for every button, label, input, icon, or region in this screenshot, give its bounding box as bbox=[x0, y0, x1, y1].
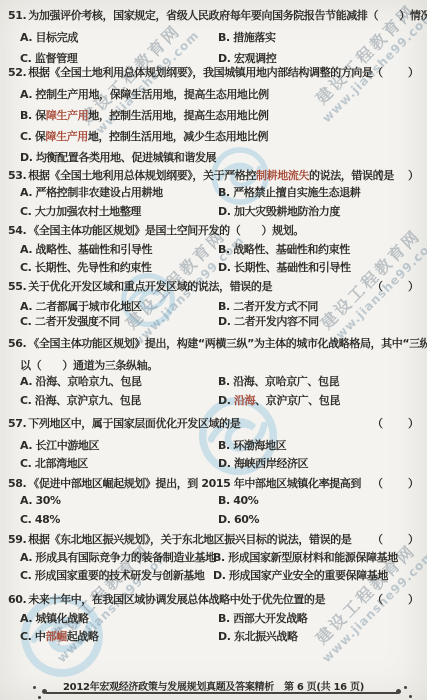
footer-rule-dot bbox=[396, 689, 401, 694]
option-D: D. 海峡西岸经济区 bbox=[218, 457, 308, 471]
option-C: C. 北部湾地区 bbox=[20, 457, 88, 471]
option-D: D. 东北振兴战略 bbox=[218, 630, 298, 644]
footer-rule-dot bbox=[404, 686, 407, 689]
question-number: 58. bbox=[8, 477, 26, 490]
red-tinted-text: 障生产用 bbox=[46, 130, 88, 143]
question-stem-text: 关于优化开发区域和重点开发区域的说法，错误的是 bbox=[28, 280, 272, 293]
question-51-stem: 51.为加强评价考核，国家规定，省级人民政府每年要向国务院报告节能减排（ ）情况… bbox=[8, 9, 427, 23]
question-number: 52. bbox=[8, 66, 26, 79]
option-label: C. bbox=[20, 457, 35, 470]
option-text: 沿海、京沪京广、包昆 bbox=[234, 394, 340, 407]
question-56-stem: 56.《全国主体功能区规划》提出，构建“两横三纵”为主体的城市化战略格局，其中“… bbox=[8, 337, 427, 351]
option-D: D. 宏观调控 bbox=[218, 52, 276, 66]
option-text: 环渤海地区 bbox=[233, 439, 286, 452]
question-stem-text: 《全国主体功能区规划》提出，构建“两横三纵”为主体的城市化战略格局，其中“三纵”… bbox=[28, 337, 427, 350]
option-A: A. 二者都属于城市化地区 bbox=[20, 300, 142, 314]
option-B: B. 保障生产用地，控制生活用地，提高生态用地比例 bbox=[20, 109, 268, 123]
option-text: 保障生产用地，控制生活用地，提高生态用地比例 bbox=[35, 109, 268, 122]
option-text: 长期性、先导性和约束性 bbox=[35, 261, 152, 274]
option-label: C. bbox=[20, 394, 35, 407]
option-A: A. 控制生产用地，保障生活用地，提高生态用地比例 bbox=[20, 88, 269, 102]
question-stem-text: 根据《东北地区振兴规划》，关于东北地区振兴目标的说法，错误的是 bbox=[28, 533, 351, 546]
question-number: 59. bbox=[8, 533, 26, 546]
option-label: D. bbox=[20, 151, 36, 164]
option-label: C. bbox=[20, 630, 35, 643]
option-text: 沿海、京哈京九、包昆 bbox=[36, 375, 142, 388]
question-54-stem: 54.《全国主体功能区规划》是国土空间开发的（ ）规划。 bbox=[8, 224, 304, 238]
option-text: 北部湾地区 bbox=[35, 457, 88, 470]
option-label: A. bbox=[20, 494, 36, 507]
answer-bracket: （ ） bbox=[372, 169, 420, 183]
footer-rule-dot bbox=[38, 696, 41, 699]
option-label: D. bbox=[218, 630, 234, 643]
question-57-stem: 57.下列地区中，属于国家层面优化开发区域的是 bbox=[8, 417, 240, 431]
option-text: 沿海、京哈京广、包昆 bbox=[233, 375, 339, 388]
option-B: B. 40% bbox=[218, 494, 258, 508]
option-label: C. bbox=[20, 315, 35, 328]
option-label: A. bbox=[20, 375, 36, 388]
option-label: A. bbox=[20, 31, 36, 44]
option-text: 均衡配置各类用地、促进城镇和谐发展 bbox=[36, 151, 216, 164]
question-stem-text: 根据《全国土地利用总体规划纲要》，关于严格控制耕地流失的说法，错误的是 bbox=[28, 169, 394, 182]
option-text: 二者开发内容不同 bbox=[234, 315, 319, 328]
option-B: B. 形成国家新型原材料和能源保障基地 bbox=[213, 551, 398, 565]
option-A: A. 30% bbox=[20, 494, 61, 508]
question-53-stem: 53.根据《全国土地利用总体规划纲要》，关于严格控制耕地流失的说法，错误的是 bbox=[8, 169, 394, 183]
question-stem-text: 为加强评价考核，国家规定，省级人民政府每年要向国务院报告节能减排（ ）情况。 bbox=[28, 9, 427, 22]
option-label: D. bbox=[218, 52, 234, 65]
option-text: 60% bbox=[234, 513, 259, 526]
option-label: B. bbox=[218, 186, 233, 199]
option-label: D. bbox=[218, 394, 234, 407]
option-C: C. 大力加强农村土地整理 bbox=[20, 205, 141, 219]
option-label: A. bbox=[20, 243, 36, 256]
answer-bracket: （ ） bbox=[372, 533, 420, 547]
option-D: D. 沿海、京沪京广、包昆 bbox=[218, 394, 340, 408]
option-text: 战略性、基础性和引导性 bbox=[36, 243, 153, 256]
option-D: D. 60% bbox=[218, 513, 259, 527]
option-label: D. bbox=[218, 315, 234, 328]
option-label: A. bbox=[20, 88, 36, 101]
question-number: 60. bbox=[8, 593, 26, 606]
question-stem-text: 《促进中部地区崛起规划》提出，到 2015 年中部地区城镇化率提高到 bbox=[28, 477, 361, 490]
question-59-stem: 59.根据《东北地区振兴规划》，关于东北地区振兴目标的说法，错误的是 bbox=[8, 533, 351, 547]
option-A: A. 长江中游地区 bbox=[20, 439, 99, 453]
option-A: A. 战略性、基础性和引导性 bbox=[20, 243, 152, 257]
question-number: 56. bbox=[8, 337, 26, 350]
option-label: D. bbox=[218, 457, 234, 470]
option-C: C. 二者开发强度不同 bbox=[20, 315, 120, 329]
option-A: A. 严格控制非农建设占用耕地 bbox=[20, 186, 163, 200]
answer-bracket: （ ） bbox=[372, 477, 420, 491]
option-text: 宏观调控 bbox=[234, 52, 276, 65]
option-text: 海峡西岸经济区 bbox=[234, 457, 308, 470]
question-number: 57. bbox=[8, 417, 26, 430]
option-D: D. 加大灾毁耕地防治力度 bbox=[218, 205, 340, 219]
option-text: 二者都属于城市化地区 bbox=[36, 300, 142, 313]
option-B: B. 措施落实 bbox=[218, 31, 276, 45]
red-tinted-text: 制耕地流失 bbox=[256, 169, 309, 182]
question-number: 51. bbox=[8, 9, 26, 22]
option-text: 40% bbox=[233, 494, 258, 507]
option-text: 形成具有国际竞争力的装备制造业基地 bbox=[36, 551, 216, 564]
question-60-stem: 60.未来十年中，在我国区域协调发展总体战略中处于优先位置的是 bbox=[8, 593, 325, 607]
option-label: C. bbox=[20, 261, 35, 274]
question-stem-text: 《全国主体功能区规划》是国土空间开发的（ ）规划。 bbox=[28, 224, 304, 237]
footer-rule-dot bbox=[42, 689, 47, 694]
option-C: C. 沿海、京沪京九、包昆 bbox=[20, 394, 141, 408]
option-label: B. bbox=[218, 243, 233, 256]
option-text: 中部崛起战略 bbox=[35, 630, 99, 643]
option-text: 加大灾毁耕地防治力度 bbox=[234, 205, 340, 218]
option-text: 目标完成 bbox=[36, 31, 78, 44]
option-text: 二者开发方式不同 bbox=[233, 300, 318, 313]
question-52-stem: 52.根据《全国土地利用总体规划纲要》，我国城镇用地内部结构调整的方向是 bbox=[8, 66, 373, 80]
option-text: 二者开发强度不同 bbox=[35, 315, 120, 328]
answer-bracket: （ ） bbox=[372, 280, 420, 294]
option-text: 城镇化战略 bbox=[36, 612, 89, 625]
option-B: B. 严格禁止擅自实施生态退耕 bbox=[218, 186, 360, 200]
option-label: B. bbox=[218, 439, 233, 452]
option-label: D. bbox=[218, 261, 234, 274]
exam-paper-page: 建设工程教育网 www.jianshe99.com 建设工程教育网 www.ji… bbox=[0, 0, 427, 700]
footer-rule bbox=[46, 692, 398, 694]
option-D: D. 形成国家产业安全的重要保障基地 bbox=[213, 569, 388, 583]
option-A: A. 沿海、京哈京九、包昆 bbox=[20, 375, 142, 389]
question-stem-text: 根据《全国土地利用总体规划纲要》，我国城镇用地内部结构调整的方向是 bbox=[28, 66, 372, 79]
option-label: B. bbox=[218, 300, 233, 313]
option-A: A. 形成具有国际竞争力的装备制造业基地 bbox=[20, 551, 216, 565]
option-B: B. 环渤海地区 bbox=[218, 439, 286, 453]
option-C: C. 形成国家重要的技术研发与创新基地 bbox=[20, 569, 205, 583]
answer-bracket: （ ） bbox=[372, 417, 420, 431]
option-text: 战略性、基础性和约束性 bbox=[233, 243, 350, 256]
option-B: B. 西部大开发战略 bbox=[218, 612, 307, 626]
option-label: D. bbox=[218, 513, 234, 526]
option-B: B. 二者开发方式不同 bbox=[218, 300, 318, 314]
option-label: D. bbox=[218, 205, 234, 218]
option-label: B. bbox=[213, 551, 228, 564]
option-label: A. bbox=[20, 551, 36, 564]
option-text: 形成国家新型原材料和能源保障基地 bbox=[228, 551, 398, 564]
option-label: A. bbox=[20, 186, 36, 199]
option-C: C. 48% bbox=[20, 513, 60, 527]
question-number: 54. bbox=[8, 224, 26, 237]
option-C: C. 监督管理 bbox=[20, 52, 77, 66]
option-B: B. 战略性、基础性和约束性 bbox=[218, 243, 350, 257]
answer-bracket: （ ） bbox=[372, 66, 420, 80]
option-text: 48% bbox=[35, 513, 60, 526]
option-text: 控制生产用地，保障生活用地，提高生态用地比例 bbox=[36, 88, 269, 101]
option-label: B. bbox=[218, 494, 233, 507]
option-B: B. 沿海、京哈京广、包昆 bbox=[218, 375, 339, 389]
option-label: B. bbox=[218, 612, 233, 625]
option-text: 西部大开发战略 bbox=[233, 612, 307, 625]
option-label: A. bbox=[20, 612, 36, 625]
watermark-site-name: 建设工程教育网 bbox=[302, 210, 427, 346]
question-number: 55. bbox=[8, 280, 26, 293]
option-text: 形成国家重要的技术研发与创新基地 bbox=[35, 569, 205, 582]
page-footer: 2012年宏观经济政策与发展规划真题及答案精析第 6 页(共 16 页) bbox=[0, 678, 427, 693]
option-text: 长江中游地区 bbox=[36, 439, 100, 452]
option-label: C. bbox=[20, 569, 35, 582]
option-text: 30% bbox=[36, 494, 61, 507]
footer-rule-dot bbox=[33, 686, 36, 689]
option-text: 严格禁止擅自实施生态退耕 bbox=[233, 186, 360, 199]
option-A: A. 目标完成 bbox=[20, 31, 78, 45]
answer-bracket: （ ） bbox=[372, 593, 420, 607]
option-text: 形成国家产业安全的重要保障基地 bbox=[229, 569, 388, 582]
option-text: 沿海、京沪京九、包昆 bbox=[35, 394, 141, 407]
option-label: D. bbox=[213, 569, 229, 582]
option-label: B. bbox=[218, 31, 233, 44]
option-A: A. 城镇化战略 bbox=[20, 612, 89, 626]
option-label: A. bbox=[20, 439, 36, 452]
question-stem-line2: 以（ ）通道为三条纵轴。 bbox=[20, 359, 158, 373]
option-label: C. bbox=[20, 513, 35, 526]
option-label: B. bbox=[20, 109, 35, 122]
option-D: D. 二者开发内容不同 bbox=[218, 315, 319, 329]
question-number: 53. bbox=[8, 169, 26, 182]
option-D: D. 均衡配置各类用地、促进城镇和谐发展 bbox=[20, 151, 216, 165]
red-tinted-text: 沿海 bbox=[234, 394, 255, 407]
red-tinted-text: 障生产用 bbox=[46, 109, 88, 122]
option-label: C. bbox=[20, 205, 35, 218]
option-text: 东北振兴战略 bbox=[234, 630, 298, 643]
footer-rule-dot bbox=[409, 695, 412, 698]
question-stem-text: 未来十年中，在我国区域协调发展总体战略中处于优先位置的是 bbox=[28, 593, 325, 606]
option-label: C. bbox=[20, 130, 35, 143]
option-text: 保障生产用地，控制生活用地，减少生态用地比例 bbox=[35, 130, 268, 143]
option-label: A. bbox=[20, 300, 36, 313]
option-text: 大力加强农村土地整理 bbox=[35, 205, 141, 218]
option-D: D. 长期性、基础性和引导性 bbox=[218, 261, 351, 275]
question-55-stem: 55.关于优化开发区域和重点开发区域的说法，错误的是 bbox=[8, 280, 272, 294]
option-label: B. bbox=[218, 375, 233, 388]
option-text: 措施落实 bbox=[233, 31, 275, 44]
option-text: 严格控制非农建设占用耕地 bbox=[36, 186, 163, 199]
question-stem-text: 下列地区中，属于国家层面优化开发区域的是 bbox=[28, 417, 240, 430]
option-C: C. 保障生产用地，控制生活用地，减少生态用地比例 bbox=[20, 130, 268, 144]
option-C: C. 长期性、先导性和约束性 bbox=[20, 261, 152, 275]
question-58-stem: 58.《促进中部地区崛起规划》提出，到 2015 年中部地区城镇化率提高到 bbox=[8, 477, 361, 491]
option-C: C. 中部崛起战略 bbox=[20, 630, 99, 644]
option-text: 监督管理 bbox=[35, 52, 77, 65]
option-text: 长期性、基础性和引导性 bbox=[234, 261, 351, 274]
red-tinted-text: 部崛 bbox=[46, 630, 67, 643]
option-label: C. bbox=[20, 52, 35, 65]
